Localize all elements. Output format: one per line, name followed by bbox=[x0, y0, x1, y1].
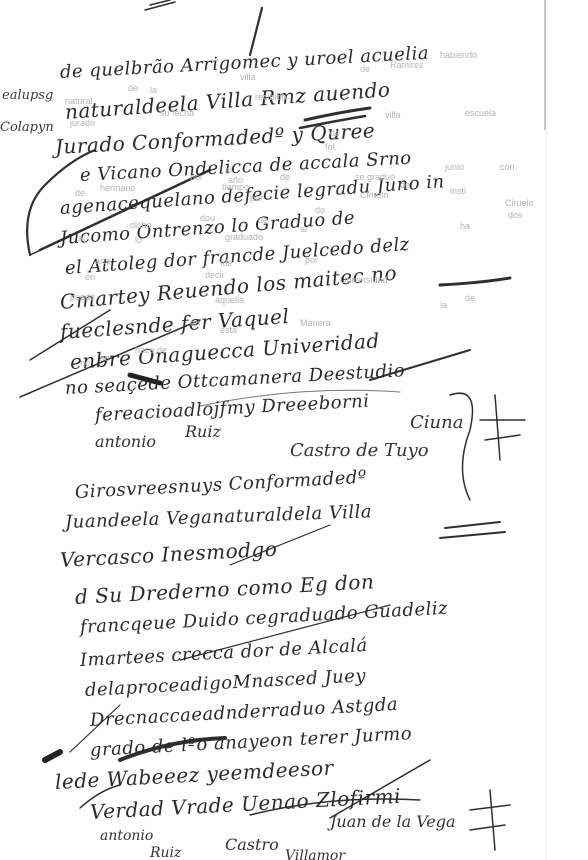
transcription-word: de bbox=[75, 188, 85, 198]
transcription-word: Manera bbox=[300, 318, 331, 328]
transcription-word: natural bbox=[65, 96, 93, 106]
transcription-word: villa bbox=[385, 110, 401, 120]
margin-note: Colapyn bbox=[0, 120, 54, 135]
transcription-word: do bbox=[315, 205, 325, 215]
signature: Juan de la Vega bbox=[330, 812, 456, 831]
transcription-word: habiendo bbox=[440, 50, 477, 60]
transcription-word: tiempo bbox=[222, 182, 249, 192]
transcription-word: al bbox=[225, 165, 232, 175]
transcription-word: en bbox=[190, 318, 200, 328]
transcription-word: arte bbox=[95, 256, 111, 266]
transcription-word: la bbox=[440, 300, 447, 310]
transcription-word: al bbox=[78, 233, 85, 243]
transcription-word: dicho bbox=[130, 220, 152, 230]
transcription-word: recibido bbox=[255, 92, 287, 102]
transcription-word: decir bbox=[205, 270, 225, 280]
transcription-word: lo bbox=[135, 235, 142, 245]
transcription-word: hermano bbox=[100, 183, 136, 193]
transcription-word: de bbox=[258, 215, 268, 225]
transcription-word: de bbox=[400, 180, 410, 190]
transcription-word: en bbox=[85, 272, 95, 282]
transcription-word: ar bbox=[300, 224, 308, 234]
transcription-word: puede bbox=[70, 292, 95, 302]
transcription-word: aquella bbox=[215, 295, 244, 305]
transcription-word: villa bbox=[240, 72, 256, 82]
transcription-word: fol. bbox=[325, 142, 337, 152]
signature: Ciuna bbox=[410, 412, 463, 433]
signature: Villamor bbox=[285, 848, 345, 860]
signature: Castro de Tuyo bbox=[290, 440, 429, 461]
transcription-word: su fecha bbox=[160, 108, 194, 118]
transcription-word: junio bbox=[445, 162, 464, 172]
transcription-word: de bbox=[128, 83, 138, 93]
transcription-word: Ciruelo bbox=[360, 190, 389, 200]
transcription-word: de bbox=[280, 172, 290, 182]
transcription-word: ha bbox=[460, 221, 470, 231]
transcription-word: escuela bbox=[465, 108, 496, 118]
transcription-word: hace de bbox=[135, 345, 167, 355]
transcription-word: dou bbox=[200, 213, 215, 223]
transcription-word: Ciruelo bbox=[505, 198, 534, 208]
manuscript-page: de quelbrão Arrigomec y uroel acuelianat… bbox=[0, 0, 588, 860]
transcription-word: de bbox=[330, 128, 340, 138]
signature: antonio bbox=[100, 828, 153, 844]
transcription-word: de bbox=[360, 64, 370, 74]
transcription-word: por bbox=[250, 193, 263, 203]
transcription-word: jurado bbox=[70, 118, 95, 128]
transcription-word: se graduó bbox=[355, 172, 395, 182]
transcription-word: esta bbox=[220, 325, 237, 335]
transcription-word: se bbox=[100, 353, 110, 363]
margin-note: ealupsg bbox=[2, 88, 53, 103]
transcription-word: no bbox=[80, 358, 90, 368]
transcription-word: por bbox=[305, 255, 318, 265]
transcription-word: la bbox=[150, 85, 157, 95]
signature: antonio bbox=[95, 432, 156, 451]
transcription-word: Ramirez bbox=[390, 60, 424, 70]
transcription-word: por bbox=[190, 172, 203, 182]
signature: Ruiz bbox=[185, 422, 221, 441]
signature: Ruiz bbox=[150, 845, 181, 860]
signature: Castro bbox=[225, 835, 279, 854]
transcription-word: graduado bbox=[225, 232, 263, 242]
transcription-word: dos bbox=[508, 210, 523, 220]
transcription-word: insti bbox=[450, 186, 466, 196]
transcription-word: Ide bbox=[220, 258, 233, 268]
transcription-word: de bbox=[465, 293, 475, 303]
transcription-word: con bbox=[500, 162, 515, 172]
transcription-word: Universidad bbox=[340, 275, 388, 285]
